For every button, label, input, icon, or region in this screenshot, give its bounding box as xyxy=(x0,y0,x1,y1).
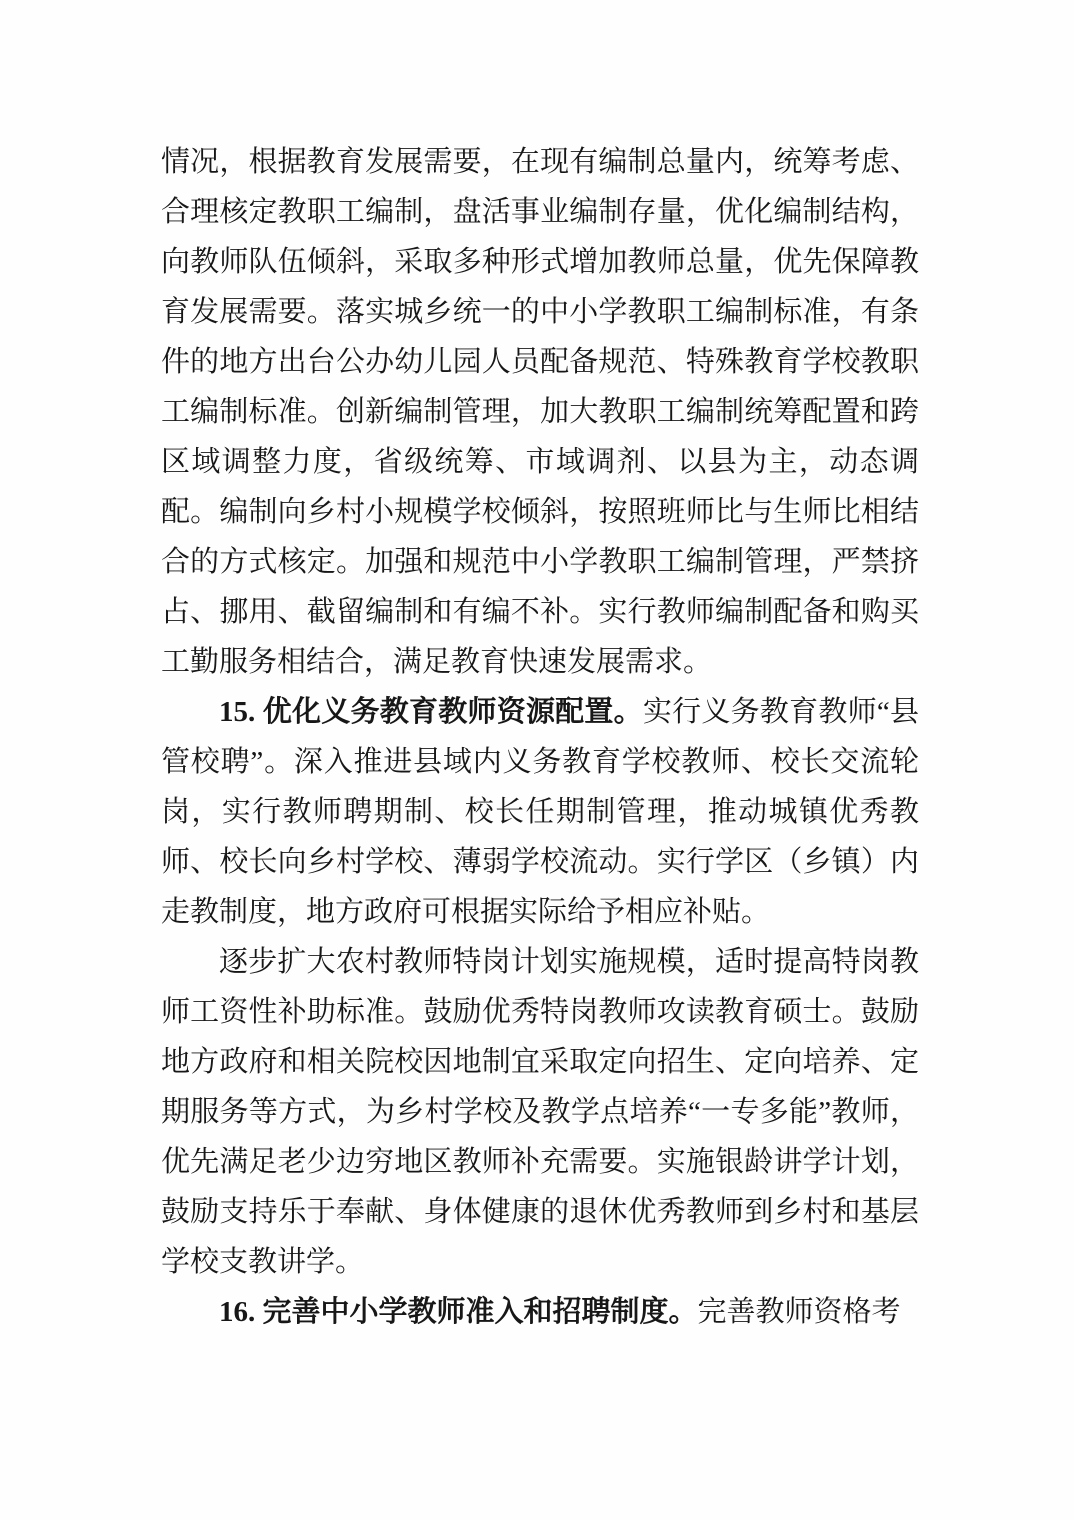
document-text-block: 情况，根据教育发展需要，在现有编制总量内，统筹考虑、合理核定教职工编制，盘活事业… xyxy=(161,137,919,1337)
section-16-heading: 16. 完善中小学教师准入和招聘制度。 xyxy=(219,1296,698,1328)
paragraph-text: 情况，根据教育发展需要，在现有编制总量内，统筹考虑、合理核定教职工编制，盘活事业… xyxy=(161,146,919,678)
paragraph-text: 完善教师资格考 xyxy=(698,1296,901,1328)
paragraph-section-16: 16. 完善中小学教师准入和招聘制度。完善教师资格考 xyxy=(161,1287,919,1337)
paragraph-text: 实行义务教育教师“县管校聘”。深入推进县域内义务教育学校教师、校长交流轮岗，实行… xyxy=(161,696,919,928)
paragraph-section-15: 15. 优化义务教育教师资源配置。实行义务教育教师“县管校聘”。深入推进县域内义… xyxy=(161,687,919,937)
paragraph-continuation: 情况，根据教育发展需要，在现有编制总量内，统筹考虑、合理核定教职工编制，盘活事业… xyxy=(161,137,919,687)
paragraph-rural-special-post: 逐步扩大农村教师特岗计划实施规模，适时提高特岗教师工资性补助标准。鼓励优秀特岗教… xyxy=(161,937,919,1287)
section-15-heading: 15. 优化义务教育教师资源配置。 xyxy=(219,696,643,728)
paragraph-text: 逐步扩大农村教师特岗计划实施规模，适时提高特岗教师工资性补助标准。鼓励优秀特岗教… xyxy=(161,946,919,1278)
document-page: 情况，根据教育发展需要，在现有编制总量内，统筹考虑、合理核定教职工编制，盘活事业… xyxy=(0,0,1074,1520)
